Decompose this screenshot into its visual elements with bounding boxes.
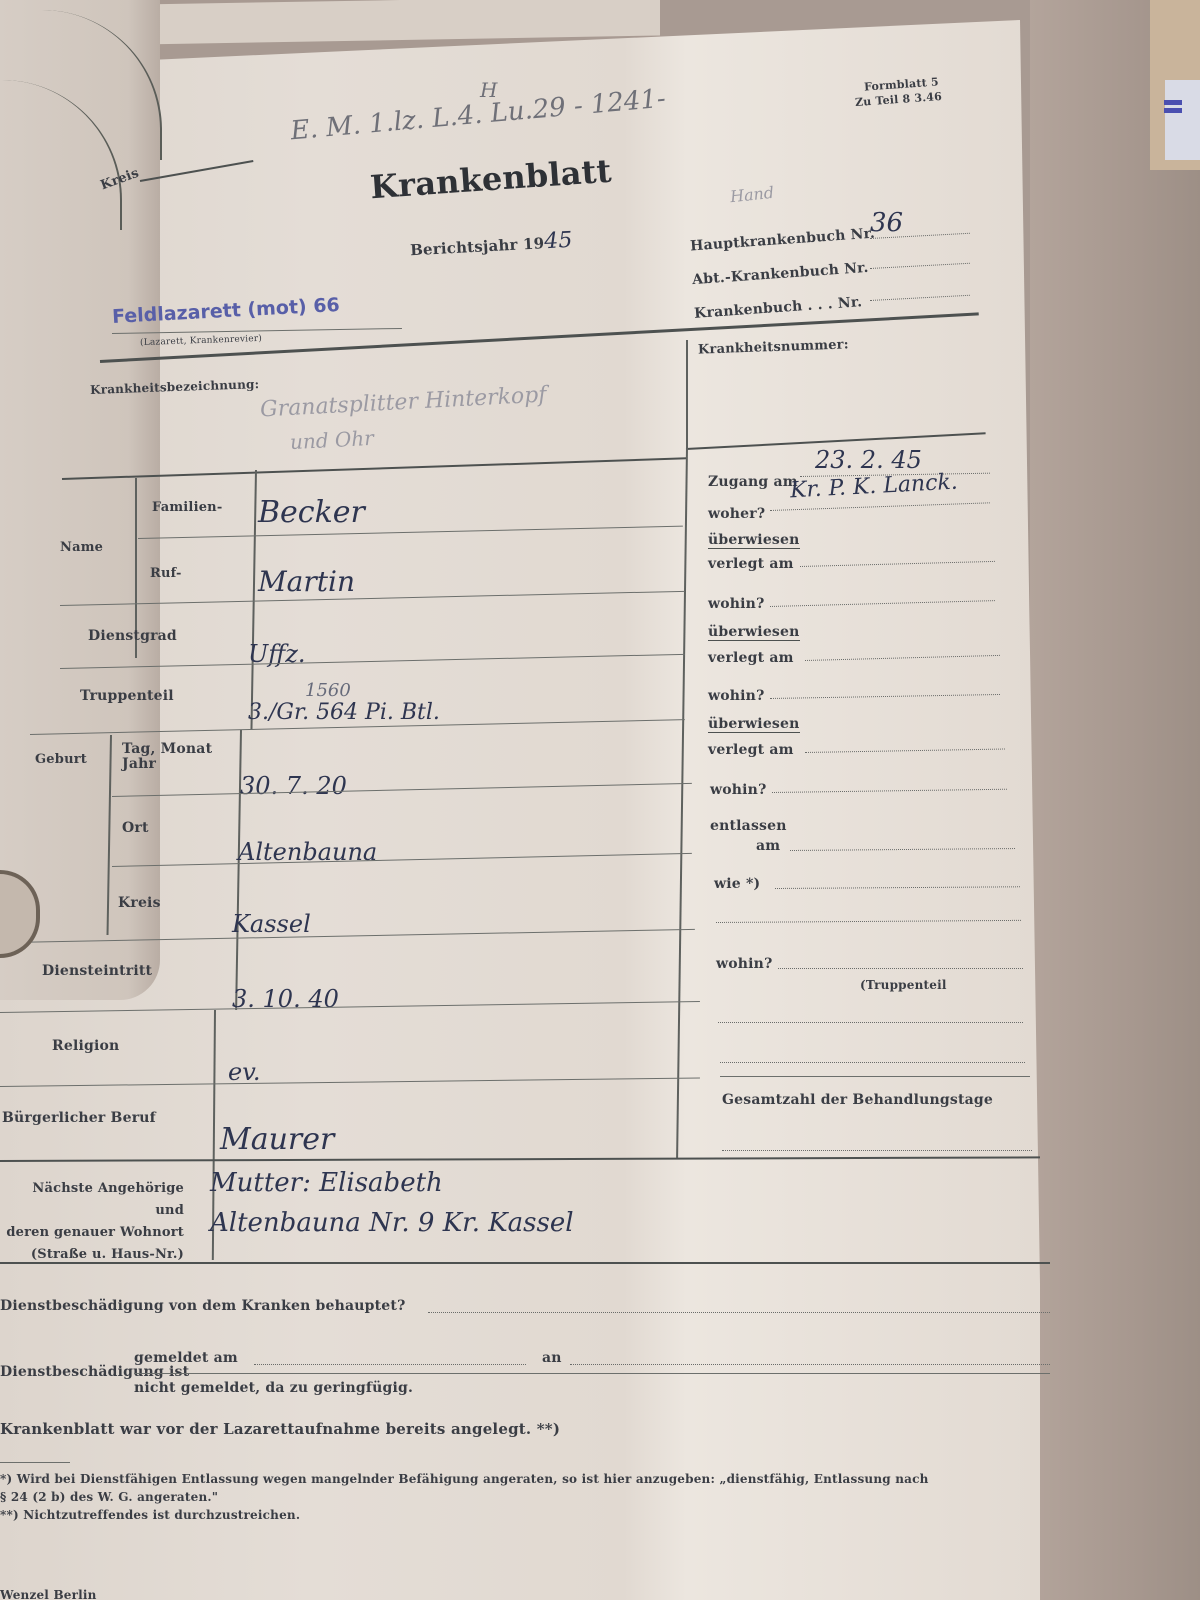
transfer-1-verlegt-label: verlegt am — [708, 556, 794, 572]
name-group-label: Name — [60, 540, 103, 555]
section-divider — [0, 1262, 1050, 1264]
birth-district-label: Kreis — [118, 895, 161, 911]
final-destination-field[interactable] — [778, 968, 1023, 969]
reported-date-field[interactable] — [254, 1364, 526, 1365]
transfer-1-ueberwiesen: überwiesen — [708, 532, 800, 549]
printer-imprint: Wenzel Berlin — [0, 1588, 97, 1600]
rank-label: Dienstgrad — [88, 628, 177, 644]
relatives-value-line2[interactable]: Altenbauna Nr. 9 Kr. Kassel — [210, 1208, 574, 1238]
footnote-divider — [0, 1462, 70, 1463]
admission-date-label: Zugang am — [708, 474, 798, 490]
given-name-value[interactable]: Martin — [258, 565, 355, 598]
transfer-2-wohin-label: wohin? — [708, 688, 764, 704]
transfer-2-verlegt-label: verlegt am — [708, 650, 794, 666]
family-name-label: Familien- — [152, 500, 222, 515]
footnote-1-line2: § 24 (2 b) des W. G. angeraten." — [0, 1490, 218, 1504]
transfer-3-verlegt-label: verlegt am — [708, 742, 794, 758]
row-line — [134, 1373, 1050, 1374]
service-entry-label: Diensteintritt — [42, 963, 152, 979]
origin-label: woher? — [708, 506, 765, 522]
footnote-2: **) Nichtzutreffendes ist durchzustreich… — [0, 1508, 300, 1522]
relatives-label: Nächste Angehörige und deren genauer Woh… — [2, 1178, 184, 1266]
total-days-label: Gesamtzahl der Behandlungstage — [722, 1092, 993, 1108]
how-label: wie *) — [714, 876, 760, 892]
reported-label: gemeldet am — [134, 1350, 238, 1366]
admission-date-value[interactable]: 23. 2. 45 — [815, 446, 922, 474]
blue-ink-mark — [1164, 100, 1182, 105]
discharge-am-label: am — [756, 838, 780, 854]
troop-unit-caption: (Truppenteil — [860, 978, 947, 992]
occupation-value[interactable]: Maurer — [220, 1122, 334, 1157]
final-destination-label: wohin? — [716, 956, 772, 972]
top-handwritten-superscript: H — [480, 78, 497, 102]
damage-claim-field[interactable] — [428, 1312, 1050, 1313]
birth-district-value[interactable]: Kassel — [232, 910, 311, 938]
prior-record-note[interactable]: Krankenblatt war vor der Lazarettaufnahm… — [0, 1420, 560, 1438]
relatives-label-line2: deren genauer Wohnort — [2, 1222, 184, 1244]
report-year-value: 45 — [544, 228, 574, 254]
not-reported-label[interactable]: nicht gemeldet, da zu geringfügig. — [134, 1380, 413, 1396]
family-name-value[interactable]: Becker — [258, 495, 365, 530]
reported-to-field[interactable] — [570, 1364, 1050, 1365]
birth-place-label: Ort — [122, 820, 149, 836]
transfer-3-ueberwiesen: überwiesen — [708, 716, 800, 733]
religion-label: Religion — [52, 1038, 119, 1054]
troop-unit-label: Truppenteil — [80, 688, 174, 704]
birth-date-value[interactable]: 30. 7. 20 — [240, 772, 347, 800]
reported-to-label: an — [542, 1350, 562, 1366]
background-folder — [1030, 0, 1200, 1600]
haupt-krankenbuch-value[interactable]: 36 — [870, 208, 903, 238]
discharge-label: entlassen — [710, 818, 787, 834]
row-line — [720, 1076, 1030, 1077]
occupation-label: Bürgerlicher Beruf — [2, 1110, 156, 1126]
troop-unit-correction: 1560 — [305, 680, 351, 701]
relatives-value-line1[interactable]: Mutter: Elisabeth — [210, 1168, 443, 1198]
adjacent-paper-blue — [1165, 80, 1200, 160]
given-name-label: Ruf- — [150, 566, 182, 581]
diagnosis-value-line2[interactable]: und Ohr — [289, 426, 374, 454]
relatives-label-line1: Nächste Angehörige und — [2, 1178, 184, 1222]
damage-claim-label: Dienstbeschädigung von dem Kranken behau… — [0, 1298, 405, 1314]
final-destination-field-2[interactable] — [718, 1022, 1023, 1023]
column-divider — [686, 340, 688, 450]
final-destination-field-3[interactable] — [720, 1062, 1025, 1063]
transfer-2-ueberwiesen: überwiesen — [708, 624, 800, 641]
top-paper-edge — [140, 0, 660, 45]
total-days-field[interactable] — [722, 1150, 1032, 1151]
transfer-3-wohin-label: wohin? — [710, 782, 766, 798]
troop-unit-value[interactable]: 3./Gr. 564 Pi. Btl. — [248, 700, 440, 725]
damage-status-label: Dienstbeschädigung ist — [0, 1364, 189, 1380]
birth-group-label: Geburt — [35, 752, 87, 767]
transfer-1-wohin-label: wohin? — [708, 596, 764, 612]
religion-value[interactable]: ev. — [228, 1058, 261, 1086]
birth-date-label: Tag, Monat Jahr — [122, 742, 232, 772]
footnote-1-line1: *) Wird bei Dienstfähigen Entlassung weg… — [0, 1472, 929, 1486]
